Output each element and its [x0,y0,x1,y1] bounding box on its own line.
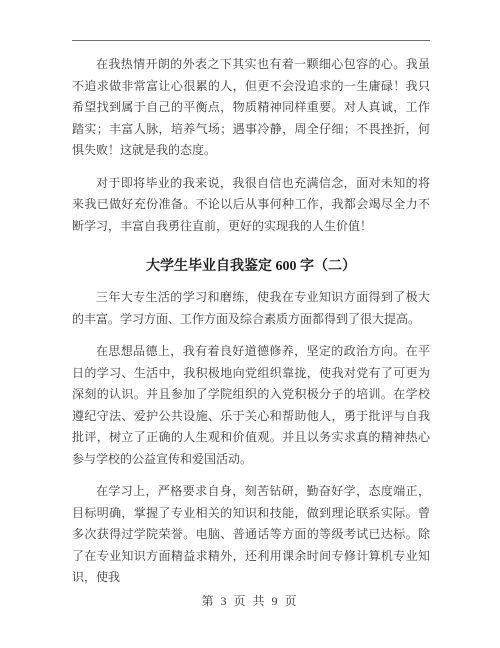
body-paragraph: 对于即将毕业的我来说，我很自信也充满信念，面对未知的将来我已做好充份准备。不论以… [72,173,430,238]
body-paragraph: 三年大专生活的学习和磨练，使我在专业知识方面得到了极大的丰富。学习方面、工作方面… [72,287,430,330]
document-page: 在我热情开朗的外表之下其实也有着一颗细心包容的心。我虽不追求做非常富让心很累的人… [0,0,500,648]
document-body: 在我热情开朗的外表之下其实也有着一颗细心包容的心。我虽不追求做非常富让心很累的人… [72,54,430,600]
header-rule [72,40,430,41]
body-paragraph: 在我热情开朗的外表之下其实也有着一颗细心包容的心。我虽不追求做非常富让心很累的人… [72,54,430,162]
body-paragraph: 在学习上，严格要求自身，刻苦钻研，勤奋好学，态度端正，目标明确，掌握了专业相关的… [72,481,430,589]
body-paragraph: 在思想品德上，我有着良好道德修养，坚定的政治方向。在平日的学习、生活中，我积极地… [72,341,430,470]
section-heading: 大学生毕业自我鉴定 600 字（二） [72,256,430,277]
page-number-footer: 第 3 页 共 9 页 [0,592,500,609]
